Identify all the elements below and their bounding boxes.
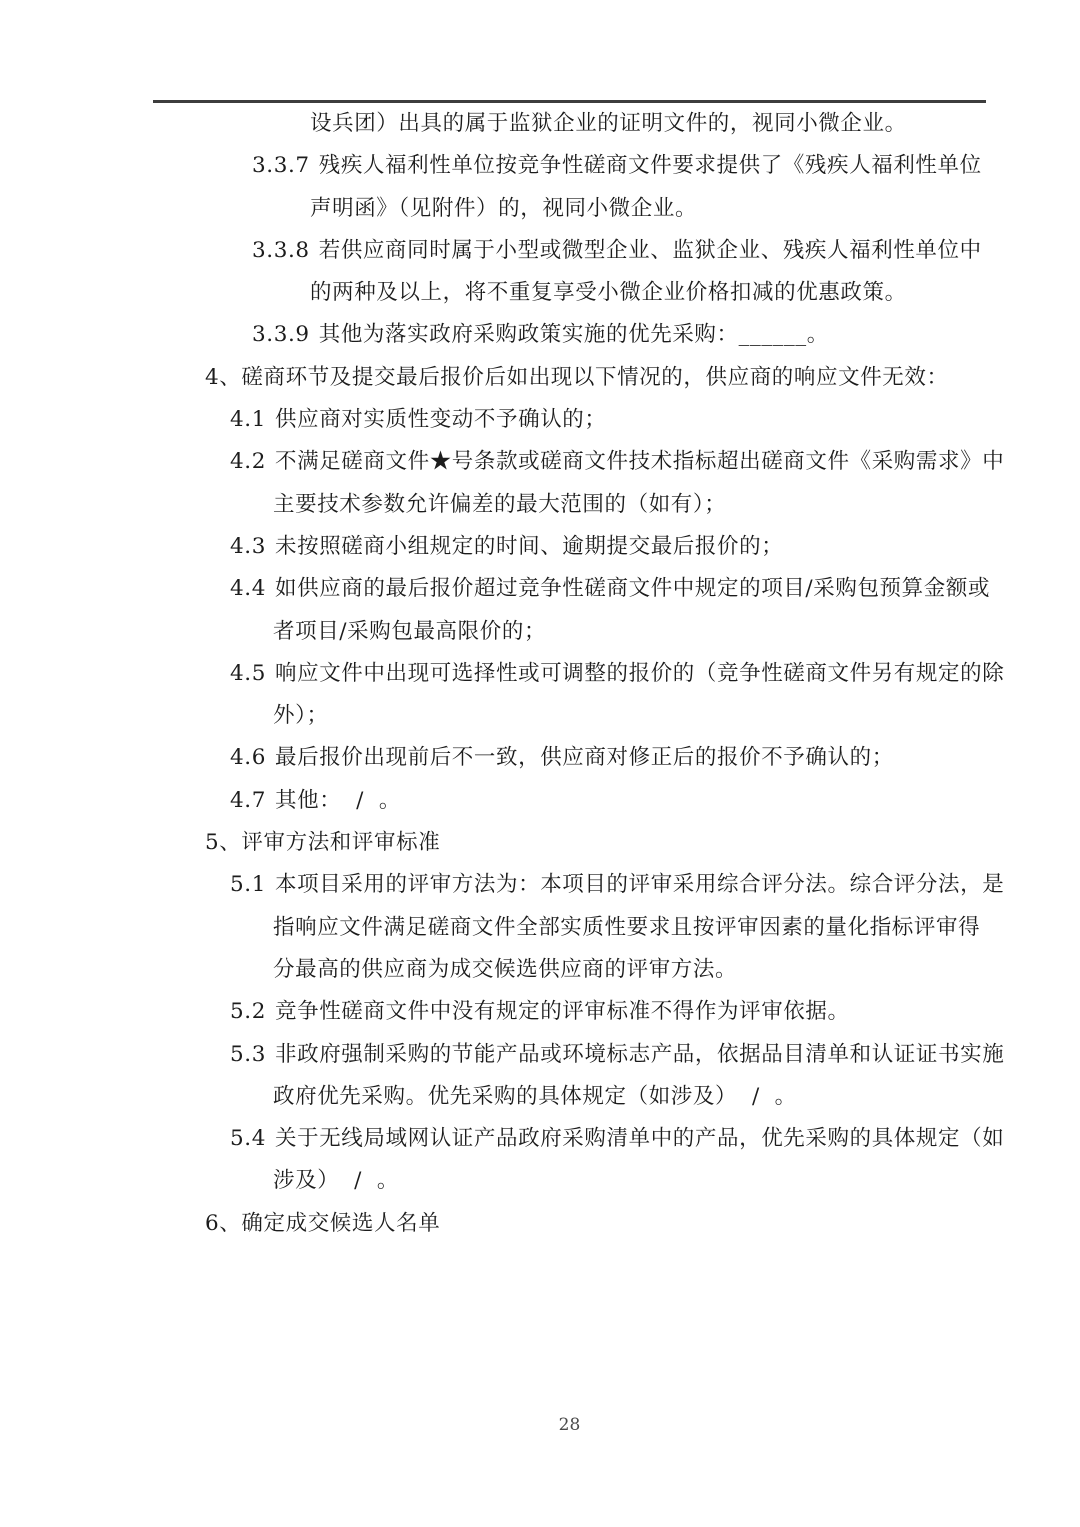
text-line: 3.3.9其他为落实政府采购政策实施的优先采购：______。	[153, 314, 1053, 356]
page-number: 28	[559, 1415, 581, 1435]
text-line: 声明函》（见附件）的，视同小微企业。	[153, 188, 1053, 230]
line-text: 其他： / 。	[275, 788, 401, 813]
text-line: 5.2竞争性磋商文件中没有规定的评审标准不得作为评审依据。	[153, 991, 1053, 1033]
text-line: 者项目/采购包最高限价的；	[153, 611, 1053, 653]
line-number: 4.1	[230, 407, 266, 432]
text-line: 4.3未按照磋商小组规定的时间、逾期提交最后报价的；	[153, 526, 1053, 568]
line-text: 指响应文件满足磋商文件全部实质性要求且按评审因素的量化指标评审得	[273, 915, 980, 940]
text-line: 政府优先采购。优先采购的具体规定（如涉及） / 。	[153, 1076, 1053, 1118]
line-text: 不满足磋商文件★号条款或磋商文件技术指标超出磋商文件《采购需求》中	[275, 449, 1004, 474]
line-text: 磋商环节及提交最后报价后如出现以下情况的，供应商的响应文件无效：	[241, 365, 948, 390]
text-line: 3.3.7残疾人福利性单位按竞争性磋商文件要求提供了《残疾人福利性单位	[153, 145, 1053, 187]
line-text: 本项目采用的评审方法为：本项目的评审采用综合评分法。综合评分法，是	[275, 872, 1004, 897]
text-line: 4.5响应文件中出现可选择性或可调整的报价的（竞争性磋商文件另有规定的除	[153, 653, 1053, 695]
line-text: 若供应商同时属于小型或微型企业、监狱企业、残疾人福利性单位中	[319, 238, 982, 263]
text-lines: 设兵团）出具的属于监狱企业的证明文件的，视同小微企业。3.3.7残疾人福利性单位…	[153, 103, 1053, 1245]
line-text: 的两种及以上，将不重复享受小微企业价格扣减的优惠政策。	[310, 280, 907, 305]
line-text: 评审方法和评审标准	[241, 830, 440, 855]
line-number: 4.7	[230, 788, 266, 813]
text-line: 涉及） / 。	[153, 1160, 1053, 1202]
line-text: 确定成交候选人名单	[241, 1211, 440, 1236]
line-number: 6、	[205, 1211, 241, 1236]
text-line: 5.4关于无线局域网认证产品政府采购清单中的产品，优先采购的具体规定（如	[153, 1118, 1053, 1160]
line-number: 3.3.7	[252, 153, 310, 178]
line-number: 5.4	[230, 1126, 266, 1151]
line-text: 外）；	[273, 703, 329, 728]
text-line: 4.1供应商对实质性变动不予确认的；	[153, 399, 1053, 441]
text-line: 指响应文件满足磋商文件全部实质性要求且按评审因素的量化指标评审得	[153, 907, 1053, 949]
page-footer: 28	[153, 1412, 986, 1438]
text-line: 4、磋商环节及提交最后报价后如出现以下情况的，供应商的响应文件无效：	[153, 357, 1053, 399]
line-text: 关于无线局域网认证产品政府采购清单中的产品，优先采购的具体规定（如	[275, 1126, 1004, 1151]
text-line: 6、确定成交候选人名单	[153, 1203, 1053, 1245]
text-line: 主要技术参数允许偏差的最大范围的（如有）；	[153, 484, 1053, 526]
line-number: 5.1	[230, 872, 266, 897]
text-line: 5.1本项目采用的评审方法为：本项目的评审采用综合评分法。综合评分法，是	[153, 864, 1053, 906]
line-text: 设兵团）出具的属于监狱企业的证明文件的，视同小微企业。	[310, 111, 907, 136]
text-line: 4.4如供应商的最后报价超过竞争性磋商文件中规定的项目/采购包预算金额或	[153, 568, 1053, 610]
text-line: 外）；	[153, 695, 1053, 737]
line-number: 3.3.9	[252, 322, 310, 347]
line-number: 4、	[205, 365, 241, 390]
line-text: 供应商对实质性变动不予确认的；	[275, 407, 607, 432]
line-text: 分最高的供应商为成交候选供应商的评审方法。	[273, 957, 737, 982]
line-text: 声明函》（见附件）的，视同小微企业。	[310, 196, 697, 221]
text-line: 5、评审方法和评审标准	[153, 822, 1053, 864]
text-line: 3.3.8若供应商同时属于小型或微型企业、监狱企业、残疾人福利性单位中	[153, 230, 1053, 272]
text-line: 4.6最后报价出现前后不一致，供应商对修正后的报价不予确认的；	[153, 737, 1053, 779]
line-number: 4.2	[230, 449, 266, 474]
line-text: 非政府强制采购的节能产品或环境标志产品，依据品目清单和认证证书实施	[275, 1042, 1004, 1067]
line-text: 竞争性磋商文件中没有规定的评审标准不得作为评审依据。	[275, 999, 850, 1024]
line-number: 4.6	[230, 745, 266, 770]
line-number: 4.4	[230, 576, 266, 601]
line-number: 4.5	[230, 661, 266, 686]
line-text: 未按照磋商小组规定的时间、逾期提交最后报价的；	[275, 534, 783, 559]
line-text: 残疾人福利性单位按竞争性磋商文件要求提供了《残疾人福利性单位	[319, 153, 982, 178]
line-number: 3.3.8	[252, 238, 310, 263]
text-line: 的两种及以上，将不重复享受小微企业价格扣减的优惠政策。	[153, 272, 1053, 314]
line-text: 最后报价出现前后不一致，供应商对修正后的报价不予确认的；	[275, 745, 894, 770]
line-number: 4.3	[230, 534, 266, 559]
line-text: 政府优先采购。优先采购的具体规定（如涉及） / 。	[273, 1084, 797, 1109]
line-text: 者项目/采购包最高限价的；	[273, 619, 546, 644]
line-text: 响应文件中出现可选择性或可调整的报价的（竞争性磋商文件另有规定的除	[275, 661, 1004, 686]
text-line: 设兵团）出具的属于监狱企业的证明文件的，视同小微企业。	[153, 103, 1053, 145]
line-number: 5、	[205, 830, 241, 855]
line-text: 如供应商的最后报价超过竞争性磋商文件中规定的项目/采购包预算金额或	[275, 576, 990, 601]
line-number: 5.3	[230, 1042, 266, 1067]
text-line: 分最高的供应商为成交候选供应商的评审方法。	[153, 949, 1053, 991]
line-text: 涉及） / 。	[273, 1168, 399, 1193]
text-line: 5.3非政府强制采购的节能产品或环境标志产品，依据品目清单和认证证书实施	[153, 1034, 1053, 1076]
text-line: 4.7其他： / 。	[153, 780, 1053, 822]
line-text: 主要技术参数允许偏差的最大范围的（如有）；	[273, 492, 726, 517]
text-line: 4.2不满足磋商文件★号条款或磋商文件技术指标超出磋商文件《采购需求》中	[153, 441, 1053, 483]
line-number: 5.2	[230, 999, 266, 1024]
line-text: 其他为落实政府采购政策实施的优先采购：______。	[319, 322, 829, 347]
document-page: 设兵团）出具的属于监狱企业的证明文件的，视同小微企业。3.3.7残疾人福利性单位…	[0, 0, 1080, 1527]
